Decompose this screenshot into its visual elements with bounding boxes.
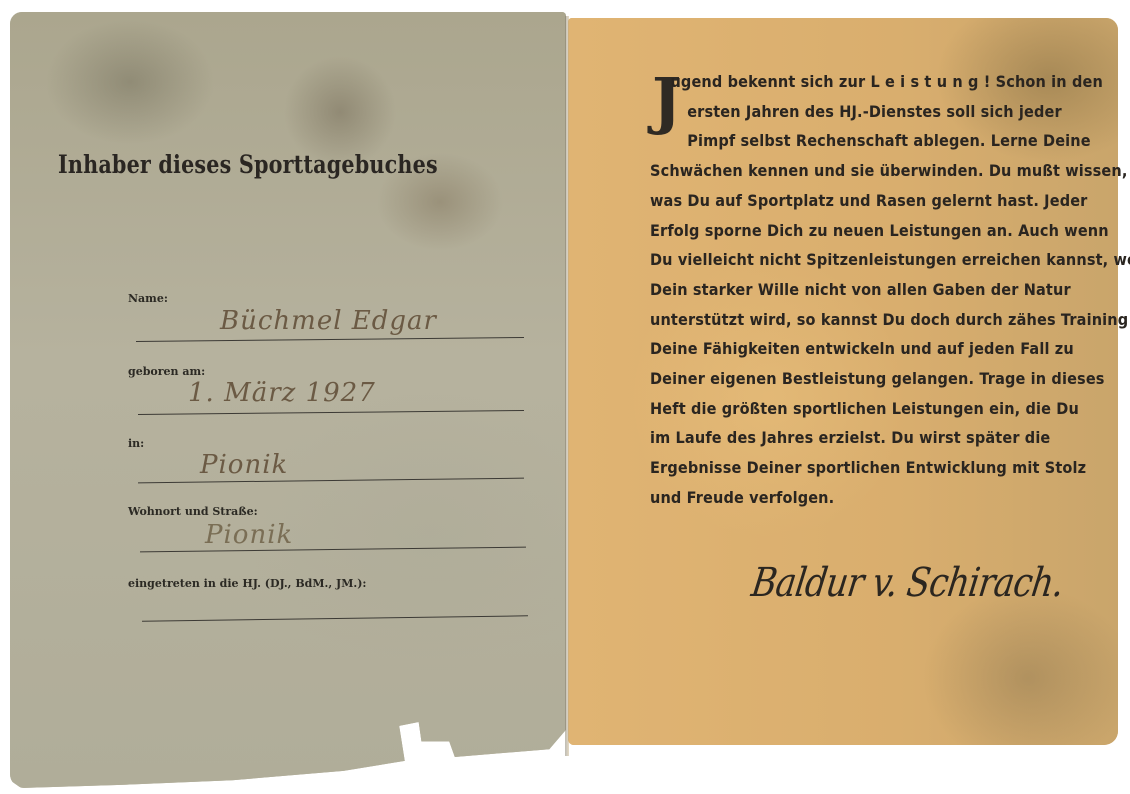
field-label-birthdate: geboren am: xyxy=(128,365,205,378)
field-label-birthplace: in: xyxy=(128,437,144,450)
field-value-birthplace: Pionik xyxy=(200,450,288,480)
signature: Baldur v. Schirach. xyxy=(749,560,1066,606)
text-line: Schwächen kennen und sie überwinden. Du … xyxy=(650,157,1008,187)
text-line: im Laufe des Jahres erzielst. Du wirst s… xyxy=(650,424,1008,454)
text-line: Heft die größten sportlichen Leistungen … xyxy=(650,395,1008,425)
foreword-text: ugend bekennt sich zur L e i s t u n g !… xyxy=(650,68,1008,514)
text-line: Erfolg sporne Dich zu neuen Leistungen a… xyxy=(650,217,1008,247)
field-value-name: Büchmel Edgar xyxy=(220,306,437,336)
field-label-name: Name: xyxy=(128,292,168,305)
text-line: und Freude verfolgen. xyxy=(650,484,1008,514)
text-line: Ergebnisse Deiner sportlichen Entwicklun… xyxy=(650,454,1008,484)
text-line: ersten Jahren des HJ.-Dienstes soll sich… xyxy=(650,98,1008,128)
field-value-residence: Pionik xyxy=(205,520,293,550)
text-line: Du vielleicht nicht Spitzenleistungen er… xyxy=(650,246,1008,276)
page-title: Inhaber dieses Sporttagebuches xyxy=(58,150,438,179)
text-line: Deine Fähigkeiten entwickeln und auf jed… xyxy=(650,335,1008,365)
field-label-residence: Wohnort und Straße: xyxy=(128,505,258,518)
text-line: Dein starker Wille nicht von allen Gaben… xyxy=(650,276,1008,306)
book-spine xyxy=(565,16,569,756)
text-line: was Du auf Sportplatz und Rasen gelernt … xyxy=(650,187,1008,217)
field-value-birthdate: 1. März 1927 xyxy=(188,378,376,408)
field-label-joined: eingetreten in die HJ. (DJ., BdM., JM.): xyxy=(128,577,366,590)
text-line: unterstützt wird, so kannst Du doch durc… xyxy=(650,306,1008,336)
text-line: Pimpf selbst Rechenschaft ablegen. Lerne… xyxy=(650,127,1008,157)
text-line: Deiner eigenen Bestleistung gelangen. Tr… xyxy=(650,365,1008,395)
text-line: ugend bekennt sich zur L e i s t u n g !… xyxy=(650,68,1008,98)
